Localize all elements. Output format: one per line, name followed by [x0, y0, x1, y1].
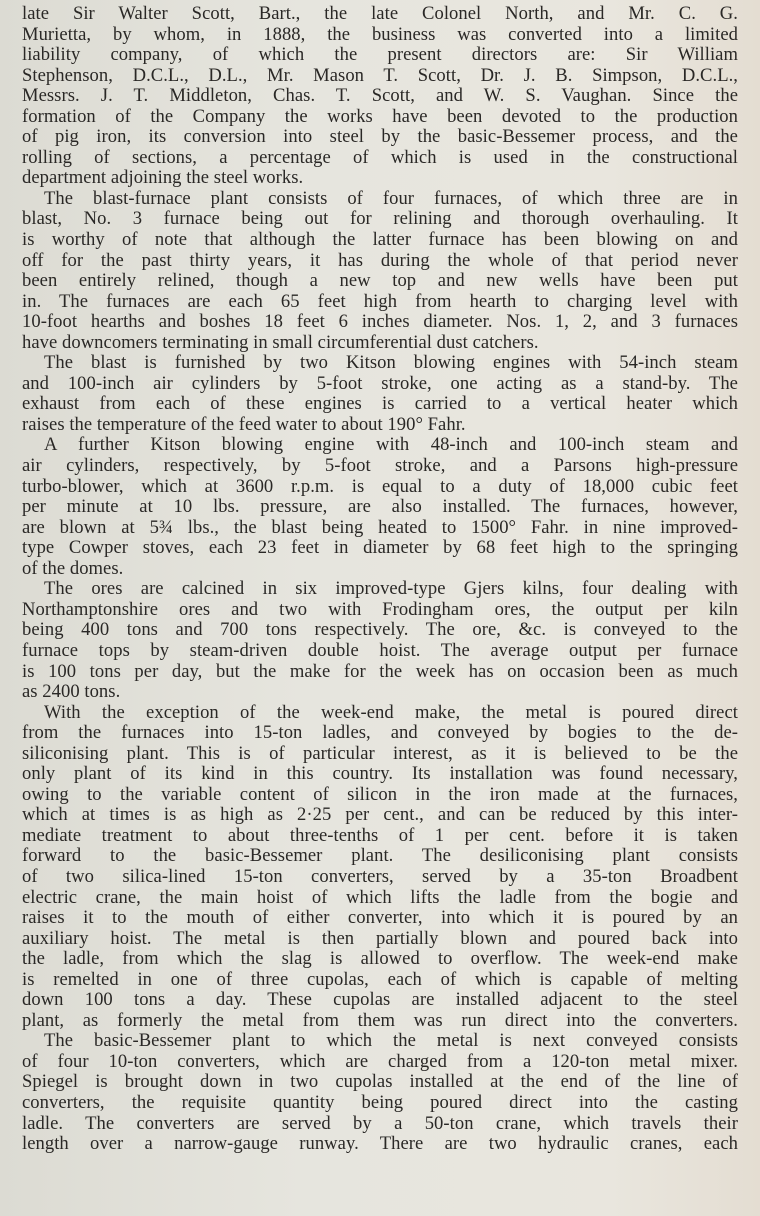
text-line: have downcomers terminating in small cir… — [22, 333, 738, 354]
text-line: With the exception of the week-end make,… — [22, 703, 738, 724]
text-line: auxiliary hoist. The metal is then parti… — [22, 929, 738, 950]
text-line: owing to the variable content of silicon… — [22, 785, 738, 806]
text-line: Messrs. J. T. Middleton, Chas. T. Scott,… — [22, 86, 738, 107]
text-line: and 100-inch air cylinders by 5-foot str… — [22, 374, 738, 395]
text-line: exhaust from each of these engines is ca… — [22, 394, 738, 415]
text-line: The blast is furnished by two Kitson blo… — [22, 353, 738, 374]
text-line: down 100 tons a day. These cupolas are i… — [22, 990, 738, 1011]
text-line: late Sir Walter Scott, Bart., the late C… — [22, 4, 738, 25]
text-line: ladle. The converters are served by a 50… — [22, 1114, 738, 1135]
text-line: length over a narrow-gauge runway. There… — [22, 1134, 738, 1155]
text-line: electric crane, the main hoist of which … — [22, 888, 738, 909]
text-line: Spiegel is brought down in two cupolas i… — [22, 1072, 738, 1093]
text-line: plant, as formerly the metal from them w… — [22, 1011, 738, 1032]
text-line: per minute at 10 lbs. pressure, are also… — [22, 497, 738, 518]
text-line: turbo-blower, which at 3600 r.p.m. is eq… — [22, 477, 738, 498]
text-line: is remelted in one of three cupolas, eac… — [22, 970, 738, 991]
text-line: The ores are calcined in six improved-ty… — [22, 579, 738, 600]
paragraph-blast-furnace-plant: The blast-furnace plant consists of four… — [22, 189, 738, 353]
text-line: Stephenson, D.C.L., D.L., Mr. Mason T. S… — [22, 66, 738, 87]
paragraph-blowing-engines: The blast is furnished by two Kitson blo… — [22, 353, 738, 435]
text-line: liability company, of which the present … — [22, 45, 738, 66]
text-line: of four 10-ton converters, which are cha… — [22, 1052, 738, 1073]
text-line: are blown at 5¾ lbs., the blast being he… — [22, 518, 738, 539]
text-line: air cylinders, respectively, by 5-foot s… — [22, 456, 738, 477]
text-line: been entirely relined, though a new top … — [22, 271, 738, 292]
text-line: Northamptonshire ores and two with Frodi… — [22, 600, 738, 621]
text-line: 10-foot hearths and boshes 18 feet 6 inc… — [22, 312, 738, 333]
paragraph-basic-bessemer-plant: The basic-Bessemer plant to which the me… — [22, 1031, 738, 1154]
text-line: off for the past thirty years, it has du… — [22, 251, 738, 272]
text-line: raises the temperature of the feed water… — [22, 415, 738, 436]
text-line: raises it to the mouth of either convert… — [22, 908, 738, 929]
paragraph-turbo-blower: A further Kitson blowing engine with 48-… — [22, 435, 738, 579]
text-line: converters, the requisite quantity being… — [22, 1093, 738, 1114]
text-line: type Cowper stoves, each 23 feet in diam… — [22, 538, 738, 559]
text-line: is worthy of note that although the latt… — [22, 230, 738, 251]
text-line: is 100 tons per day, but the make for th… — [22, 662, 738, 683]
text-line: the ladle, from which the slag is allowe… — [22, 949, 738, 970]
paragraph-desiliconising-plant: With the exception of the week-end make,… — [22, 703, 738, 1032]
text-line: The basic-Bessemer plant to which the me… — [22, 1031, 738, 1052]
text-line: from the furnaces into 15-ton ladles, an… — [22, 723, 738, 744]
text-line: furnace tops by steam-driven double hois… — [22, 641, 738, 662]
text-line: of two silica-lined 15-ton converters, s… — [22, 867, 738, 888]
text-line: in. The furnaces are each 65 feet high f… — [22, 292, 738, 313]
paragraph-ore-kilns: The ores are calcined in six improved-ty… — [22, 579, 738, 702]
text-line: rolling of sections, a percentage of whi… — [22, 148, 738, 169]
text-line: as 2400 tons. — [22, 682, 738, 703]
text-line: mediate treatment to about three-tenths … — [22, 826, 738, 847]
text-line: of pig iron, its conversion into steel b… — [22, 127, 738, 148]
text-line: department adjoining the steel works. — [22, 168, 738, 189]
text-line: The blast-furnace plant consists of four… — [22, 189, 738, 210]
text-line: being 400 tons and 700 tons respectively… — [22, 620, 738, 641]
text-line: which at times is as high as 2·25 per ce… — [22, 805, 738, 826]
text-line: siliconising plant. This is of particula… — [22, 744, 738, 765]
text-line: Murietta, by whom, in 1888, the business… — [22, 25, 738, 46]
text-line: forward to the basic-Bessemer plant. The… — [22, 846, 738, 867]
book-page: late Sir Walter Scott, Bart., the late C… — [22, 4, 738, 1155]
text-line: of the domes. — [22, 559, 738, 580]
text-line: only plant of its kind in this country. … — [22, 764, 738, 785]
text-line: A further Kitson blowing engine with 48-… — [22, 435, 738, 456]
text-line: blast, No. 3 furnace being out for relin… — [22, 209, 738, 230]
paragraph-company-history: late Sir Walter Scott, Bart., the late C… — [22, 4, 738, 189]
text-line: formation of the Company the works have … — [22, 107, 738, 128]
